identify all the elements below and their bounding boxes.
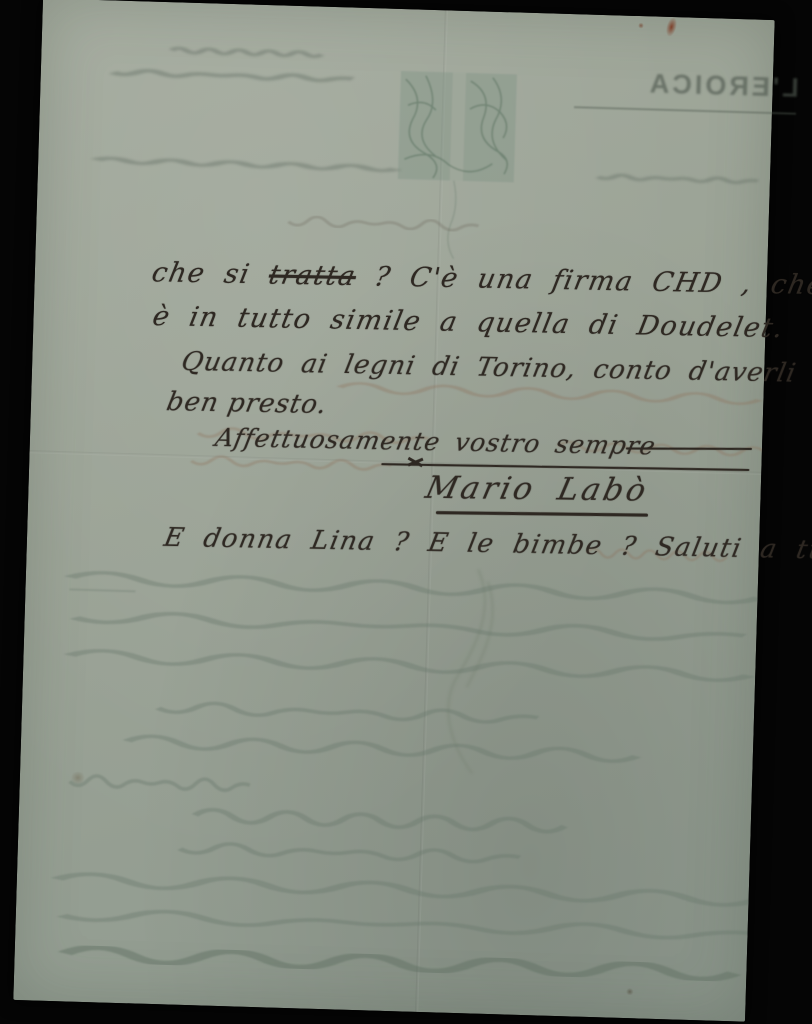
letter-paper-sheet: L'EROICA (13, 0, 774, 1022)
line1-pre: che si (149, 257, 272, 290)
valediction-dash (626, 448, 752, 450)
scanned-letter-photo: L'EROICA (0, 0, 812, 1024)
line1-struck-word: tratta (266, 260, 359, 293)
bleedthrough-layer (13, 0, 774, 1022)
letter-line-4: ben presto. (164, 387, 330, 420)
signature-mario-labo: Mario Labò (422, 470, 652, 508)
bleedthrough-handwriting-last-line (64, 946, 734, 980)
bleedthrough-woodcut-emblem (396, 71, 517, 260)
bleedthrough-handwriting-lines (56, 572, 772, 941)
faint-date-line (288, 216, 478, 231)
flourish-cross-mark (407, 453, 423, 469)
